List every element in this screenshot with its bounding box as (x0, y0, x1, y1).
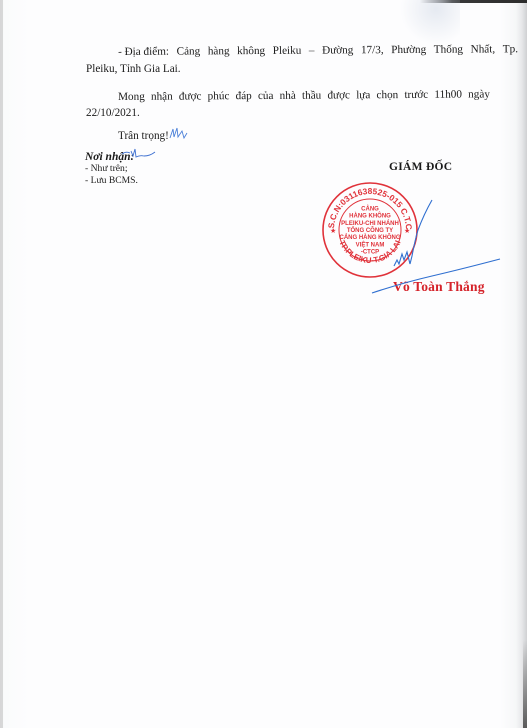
position-title: GIÁM ĐỐC (389, 161, 452, 173)
signer-name: Võ Toàn Thắng (393, 279, 485, 295)
reply-word: nhận (151, 90, 173, 105)
location-word: Pleiku (273, 44, 302, 59)
location-word: Đường (322, 43, 353, 58)
location-word: - Địa điểm: (118, 45, 169, 60)
reply-word: lựa (356, 88, 370, 103)
recipient-item: - Lưu BCMS. (85, 175, 138, 187)
stamp-center-line: -CTCP (361, 250, 379, 256)
location-word: Phường (391, 43, 426, 58)
reply-word: chọn (376, 88, 398, 103)
scan-smudge (400, 0, 460, 45)
location-word: không (237, 44, 265, 59)
recipient-item: - Như trên; (85, 163, 128, 175)
reply-word: phúc (208, 89, 230, 104)
document-page: - Địa điểm:CảnghàngkhôngPleiku–Đường17/3… (0, 0, 527, 728)
stamp-center-line: TỔNG CÔNG TY (347, 226, 393, 234)
reply-line-1: Mongnhậnđượcphúcđápcủanhàthầuđượclựachọn… (118, 87, 490, 105)
reply-word: ngày (468, 87, 490, 102)
company-stamp: M.S.C.N:0311638525-015 C.T.C.P TP.PLEIKU… (320, 180, 420, 280)
reply-word: thầu (302, 89, 321, 104)
location-word: Tp. (503, 42, 518, 57)
stamp-center-line: PLEIKU-CHI NHÁNH (341, 220, 399, 227)
reply-line-2: 22/10/2021. (86, 106, 140, 121)
stamp-center-line: CẢNG HÀNG KHÔNG (340, 233, 401, 241)
location-word: 17/3, (361, 43, 384, 58)
location-line-1: - Địa điểm:CảnghàngkhôngPleiku–Đường17/3… (118, 42, 518, 60)
reply-word: trước (404, 88, 428, 103)
location-word: – (309, 44, 315, 59)
location-line-2: Pleiku, Tỉnh Gia Lai. (86, 62, 181, 77)
closing-text: Trân trọng! (118, 129, 169, 144)
handwritten-signatures (0, 0, 527, 728)
reply-word: được (179, 89, 202, 104)
closing-label: Trân trọng! (118, 130, 169, 142)
reply-word: Mong (118, 90, 145, 105)
reply-word: đáp (236, 89, 252, 104)
initial-mark-icon (170, 128, 187, 138)
stamp-center-line: HÀNG KHÔNG (349, 212, 391, 220)
scan-right-shadow (523, 640, 527, 728)
recipients-title: Nơi nhận: (85, 151, 134, 163)
location-word: Cảng (177, 44, 201, 59)
reply-word: được (327, 88, 350, 103)
reply-word: 11h00 (434, 88, 462, 103)
location-word: hàng (208, 44, 230, 59)
reply-word: của (258, 89, 274, 104)
stamp-star-icon: ★ (330, 227, 336, 235)
location-word: Thống (434, 43, 463, 58)
location-word: Nhất, (471, 42, 496, 57)
reply-word: nhà (280, 89, 296, 104)
stamp-center-line: VIỆT NAM (356, 240, 385, 248)
scan-left-edge (0, 0, 3, 728)
stamp-star-icon: ★ (404, 227, 410, 235)
stamp-center-line: CẢNG (361, 205, 379, 212)
